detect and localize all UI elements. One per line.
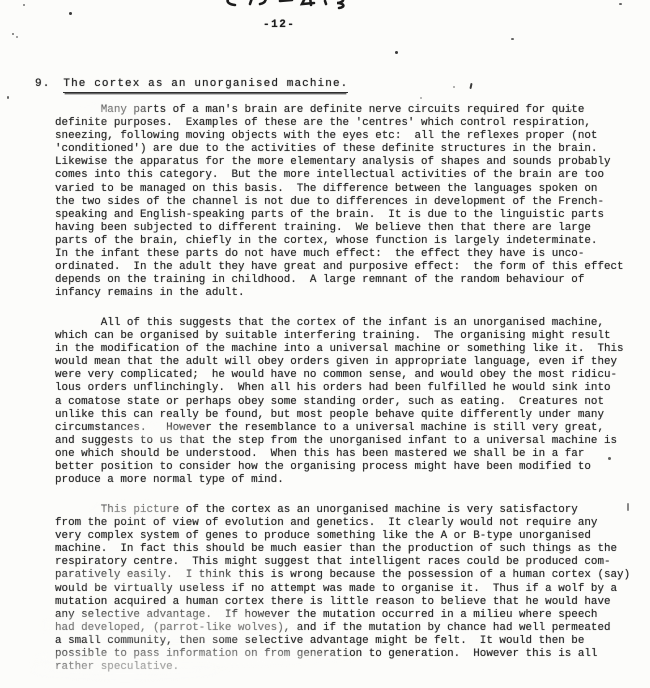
paragraph-cortex-intro: Many parts of a man's brain are definite… <box>55 104 624 300</box>
noise-speck <box>420 97 422 99</box>
noise-speck <box>69 12 72 15</box>
section-heading: 9.The cortex as an unorganised machine. <box>35 78 348 93</box>
section-title: The cortex as an unorganised machine. <box>63 78 348 93</box>
noise-speck <box>453 86 455 88</box>
page-number: -12- <box>263 19 295 31</box>
noise-speck <box>12 33 14 35</box>
document-page: -12- 9.The cortex as an unorganised mach… <box>0 0 650 688</box>
paragraph-infant-cortex: All of this suggests that the cortex of … <box>55 317 624 487</box>
paragraph-evolution-genetics: This picture of the cortex as an unorgan… <box>55 504 630 674</box>
noise-speck <box>16 36 18 38</box>
noise-speck <box>570 109 572 111</box>
handwritten-annotation <box>222 0 354 11</box>
noise-speck <box>627 503 629 511</box>
noise-speck <box>511 38 514 40</box>
noise-speck <box>563 108 565 110</box>
noise-speck <box>23 4 25 6</box>
section-number: 9. <box>35 78 50 90</box>
noise-speck <box>619 3 622 5</box>
noise-speck <box>469 83 472 89</box>
noise-speck <box>7 96 9 99</box>
noise-speck <box>395 51 398 54</box>
noise-speck <box>608 457 611 460</box>
